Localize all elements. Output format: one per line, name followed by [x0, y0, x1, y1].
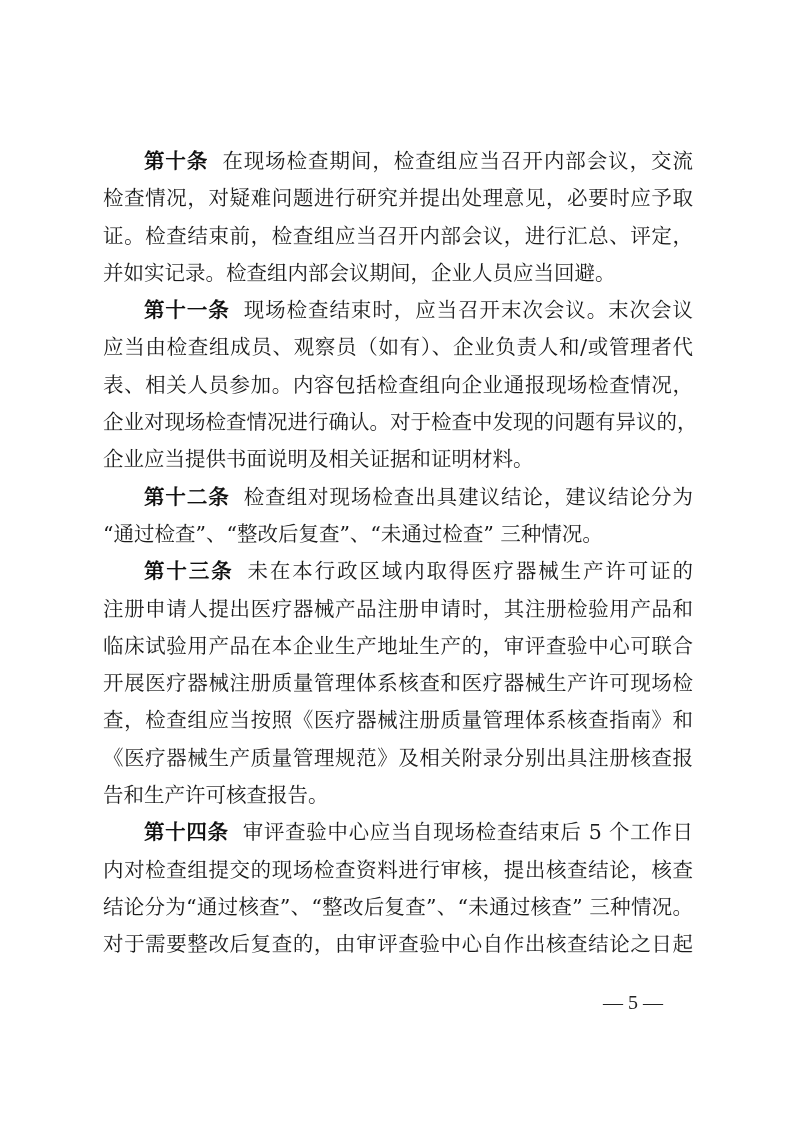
paragraph-line: 内对检查组提交的现场检查资料进行审核，提出核查结论，核查: [103, 852, 693, 889]
paragraph-line: 应当由检查组成员、观察员（如有）、企业负责人和/或管理者代: [103, 329, 693, 366]
article-label: 第十二条: [144, 485, 230, 509]
article-label: 第十四条: [144, 820, 229, 844]
paragraph-line: 并如实记录。检查组内部会议期间，企业人员应当回避。: [103, 255, 693, 292]
paragraph-line: 证。检查结束前，检查组应当召开内部会议，进行汇总、评定，: [103, 218, 693, 255]
paragraph-text: 在现场检查期间，检查组应当召开内部会议，交流: [222, 149, 693, 173]
article-label: 第十条: [144, 149, 208, 173]
document-page: 第十条在现场检查期间，检查组应当召开内部会议，交流 检查情况，对疑难问题进行研究…: [103, 143, 693, 964]
paragraph-text: 现场检查结束时，应当召开末次会议。末次会议: [244, 298, 693, 322]
paragraph-first-line: 第十二条检查组对现场检查出具建议结论，建议结论分为: [103, 479, 693, 516]
paragraph-text: 未在本行政区域内取得医疗器械生产许可证的: [247, 559, 693, 583]
paragraph-line: 《医疗器械生产质量管理规范》及相关附录分别出具注册核查报: [103, 740, 693, 777]
paragraph-line: 开展医疗器械注册质量管理体系核查和医疗器械生产许可现场检: [103, 665, 693, 702]
paragraph-first-line: 第十四条审评查验中心应当自现场检查结束后 5 个工作日: [103, 814, 693, 851]
paragraph-line: 对于需要整改后复查的，由审评查验中心自作出核查结论之日起: [103, 926, 693, 963]
paragraph-first-line: 第十条在现场检查期间，检查组应当召开内部会议，交流: [103, 143, 693, 180]
paragraph-line: 查，检查组应当按照《医疗器械注册质量管理体系核查指南》和: [103, 702, 693, 739]
paragraph-first-line: 第十三条未在本行政区域内取得医疗器械生产许可证的: [103, 553, 693, 590]
paragraph-first-line: 第十一条现场检查结束时，应当召开末次会议。末次会议: [103, 292, 693, 329]
article-11: 第十一条现场检查结束时，应当召开末次会议。末次会议 应当由检查组成员、观察员（如…: [103, 292, 693, 478]
article-13: 第十三条未在本行政区域内取得医疗器械生产许可证的 注册申请人提出医疗器械产品注册…: [103, 553, 693, 814]
article-label: 第十一条: [144, 298, 230, 322]
paragraph-line: “通过检查”、“整改后复查”、“未通过检查” 三种情况。: [103, 516, 693, 553]
paragraph-line: 注册申请人提出医疗器械产品注册申请时，其注册检验用产品和: [103, 591, 693, 628]
article-10: 第十条在现场检查期间，检查组应当召开内部会议，交流 检查情况，对疑难问题进行研究…: [103, 143, 693, 292]
article-14: 第十四条审评查验中心应当自现场检查结束后 5 个工作日 内对检查组提交的现场检查…: [103, 814, 693, 963]
page-number: — 5 —: [603, 992, 663, 1015]
paragraph-text: 审评查验中心应当自现场检查结束后 5 个工作日: [243, 820, 693, 844]
paragraph-line: 结论分为“通过核查”、“整改后复查”、“未通过核查” 三种情况。: [103, 889, 693, 926]
paragraph-line: 临床试验用产品在本企业生产地址生产的，审评查验中心可联合: [103, 628, 693, 665]
paragraph-line: 企业对现场检查情况进行确认。对于检查中发现的问题有异议的，: [103, 404, 693, 441]
article-label: 第十三条: [144, 559, 233, 583]
article-12: 第十二条检查组对现场检查出具建议结论，建议结论分为 “通过检查”、“整改后复查”…: [103, 479, 693, 554]
paragraph-line: 表、相关人员参加。内容包括检查组向企业通报现场检查情况，: [103, 367, 693, 404]
paragraph-line: 检查情况，对疑难问题进行研究并提出处理意见，必要时应予取: [103, 180, 693, 217]
paragraph-line: 告和生产许可核查报告。: [103, 777, 693, 814]
paragraph-line: 企业应当提供书面说明及相关证据和证明材料。: [103, 441, 693, 478]
paragraph-text: 检查组对现场检查出具建议结论，建议结论分为: [244, 485, 693, 509]
